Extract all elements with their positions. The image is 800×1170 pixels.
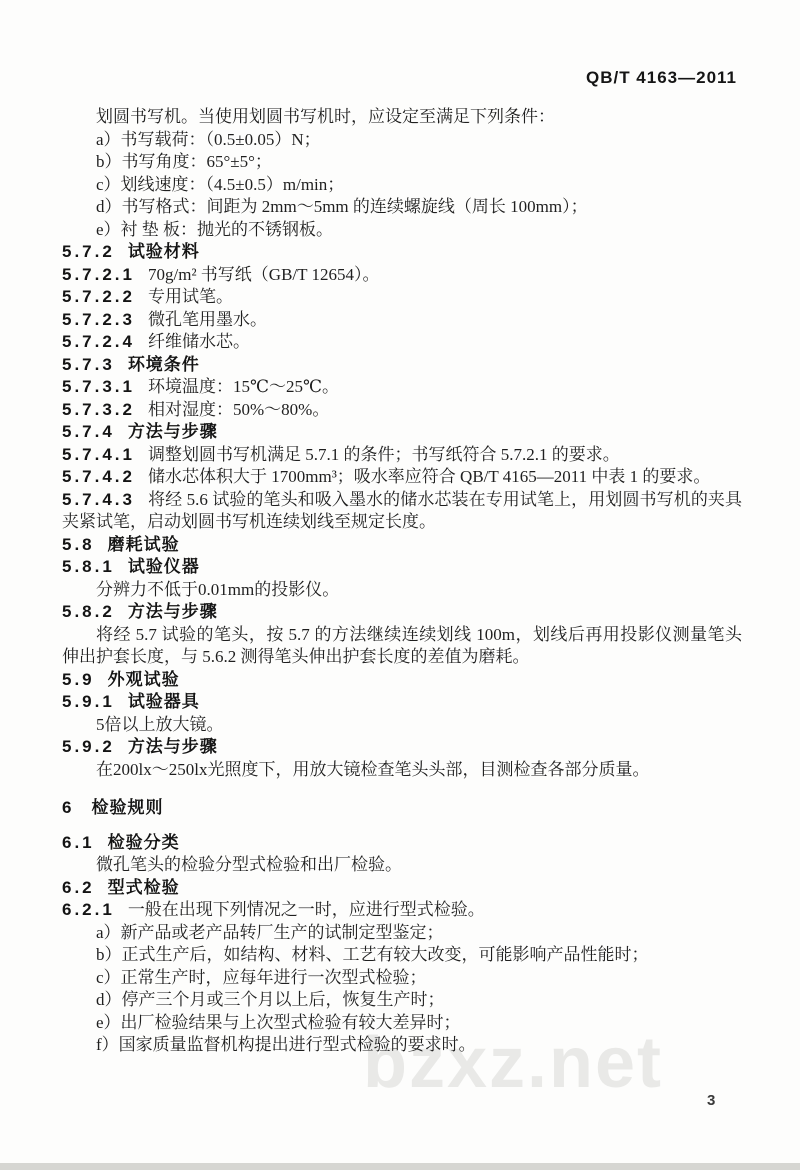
text-line: a）新产品或老产品转厂生产的试制定型鉴定； [62,922,742,945]
clause-title: 检验规则 [91,798,163,817]
line-text: f）国家质量监督机构提出进行型式检验的要求时。 [96,1035,476,1054]
clause-number: 6.1 [62,833,95,852]
clause-number: 5.7.3.2 [62,400,135,419]
document-page: QB/T 4163—2011 bzxz.net 划圆书写机。当使用划圆书写机时，… [0,0,800,1170]
line-text: b）正式生产后，如结构、材料、工艺有较大改变，可能影响产品性能时； [96,945,649,964]
clause-title: 方法与步骤 [128,602,218,621]
text-line: 微孔笔头的检验分型式检验和出厂检验。 [62,854,742,877]
clause-title: 型式检验 [108,878,180,897]
line-text: c）划线速度：（4.5±0.5）m/min； [96,175,344,194]
clause-heading: 5.8.1试验仪器 [62,556,742,579]
line-text: a）书写载荷：（0.5±0.05）N； [96,130,321,149]
scan-edge [0,1163,800,1170]
line-text: 分辨力不低于0.01mm的投影仪。 [96,580,339,599]
line-text: 一般在出现下列情况之一时，应进行型式检验。 [128,900,485,919]
text-line: 5.7.4.1调整划圆书写机满足 5.7.1 的条件；书写纸符合 5.7.2.1… [62,444,742,467]
clause-heading: 5.7.2试验材料 [62,241,742,264]
text-line: f）国家质量监督机构提出进行型式检验的要求时。 [62,1034,742,1057]
text-line: 在200lx～250lx光照度下，用放大镜检查笔头头部，目测检查各部分质量。 [62,759,742,782]
page-number: 3 [707,1092,715,1109]
text-line: 5.7.2.2专用试笔。 [62,286,742,309]
line-text: 纤维储水芯。 [148,332,250,351]
clause-number: 5.7.3 [62,355,115,374]
clause-heading: 5.8磨耗试验 [62,534,742,557]
clause-number: 5.7.4.1 [62,445,135,464]
clause-heading: 5.7.3环境条件 [62,354,742,377]
line-text: d）书写格式：间距为 2mm～5mm 的连续螺旋线（周长 100mm）； [96,197,588,216]
clause-number: 6.2 [62,878,95,897]
clause-number: 5.7.4.3 [62,490,135,509]
line-text: 专用试笔。 [148,287,233,306]
clause-heading: 5.7.4方法与步骤 [62,421,742,444]
line-text: 微孔笔头的检验分型式检验和出厂检验。 [96,855,402,874]
text-line: 5.7.3.1环境温度：15℃～25℃。 [62,376,742,399]
text-line: 将经 5.7 试验的笔头，按 5.7 的方法继续连续划线 100m，划线后再用投… [62,624,742,669]
clause-number: 6.2.1 [62,900,115,919]
clause-number: 5.7.3.1 [62,377,135,396]
text-line: a）书写载荷：（0.5±0.05）N； [62,129,742,152]
clause-heading: 5.9.2方法与步骤 [62,736,742,759]
clause-title: 试验仪器 [128,557,200,576]
clause-title: 方法与步骤 [128,422,218,441]
text-line: e）出厂检验结果与上次型式检验有较大差异时； [62,1012,742,1035]
line-text: 调整划圆书写机满足 5.7.1 的条件；书写纸符合 5.7.2.1 的要求。 [148,445,620,464]
document-body: 划圆书写机。当使用划圆书写机时，应设定至满足下列条件：a）书写载荷：（0.5±0… [62,106,742,1057]
text-line: b）正式生产后，如结构、材料、工艺有较大改变，可能影响产品性能时； [62,944,742,967]
line-text: d）停产三个月或三个月以上后，恢复生产时； [96,990,445,1009]
clause-title: 环境条件 [128,355,200,374]
text-line: 分辨力不低于0.01mm的投影仪。 [62,579,742,602]
clause-number: 5.9.1 [62,692,115,711]
line-text: a）新产品或老产品转厂生产的试制定型鉴定； [96,923,444,942]
text-line: 5.7.4.3将经 5.6 试验的笔头和吸入墨水的储水芯装在专用试笔上，用划圆书… [62,489,742,534]
text-line: c）正常生产时，应每年进行一次型式检验； [62,967,742,990]
clause-title: 检验分类 [108,833,180,852]
clause-number: 5.8.2 [62,602,115,621]
text-line: e）衬 垫 板：抛光的不锈钢板。 [62,219,742,242]
clause-number: 5.7.2.4 [62,332,135,351]
line-text: 储水芯体积大于 1700mm³；吸水率应符合 QB/T 4165—2011 中表… [148,467,710,486]
line-text: 70g/m² 书写纸（GB/T 12654）。 [148,265,379,284]
clause-number: 5.7.2.3 [62,310,135,329]
line-text: e）衬 垫 板：抛光的不锈钢板。 [96,220,333,239]
line-text: 在200lx～250lx光照度下，用放大镜检查笔头头部，目测检查各部分质量。 [96,760,649,779]
clause-number: 5.8 [62,535,95,554]
text-line: 5.7.2.3微孔笔用墨水。 [62,309,742,332]
clause-number: 5.7.2 [62,242,115,261]
text-line: b）书写角度：65°±5°； [62,151,742,174]
clause-number: 5.9.2 [62,737,115,756]
clause-number: 5.7.4 [62,422,115,441]
text-line: 5.7.2.4纤维储水芯。 [62,331,742,354]
clause-heading: 6.2型式检验 [62,877,742,900]
clause-title: 试验器具 [128,692,200,711]
clause-title: 方法与步骤 [128,737,218,756]
standard-number: QB/T 4163—2011 [586,68,737,88]
clause-heading: 5.8.2方法与步骤 [62,601,742,624]
section-heading: 6检验规则 [62,797,742,820]
line-text: 相对湿度：50%～80%。 [148,400,329,419]
clause-number: 6 [62,798,74,817]
text-line: 5.7.2.170g/m² 书写纸（GB/T 12654）。 [62,264,742,287]
clause-title: 外观试验 [108,670,180,689]
text-line: 5.7.3.2相对湿度：50%～80%。 [62,399,742,422]
text-line: 5倍以上放大镜。 [62,714,742,737]
line-text: 将经 5.7 试验的笔头，按 5.7 的方法继续连续划线 100m，划线后再用投… [62,625,742,667]
clause-number: 5.7.4.2 [62,467,135,486]
clause-number: 5.7.2.1 [62,265,135,284]
clause-number: 5.7.2.2 [62,287,135,306]
text-line: d）停产三个月或三个月以上后，恢复生产时； [62,989,742,1012]
clause-number: 5.8.1 [62,557,115,576]
clause-title: 试验材料 [128,242,200,261]
line-text: 将经 5.6 试验的笔头和吸入墨水的储水芯装在专用试笔上，用划圆书写机的夹具夹紧… [62,490,742,532]
line-text: 环境温度：15℃～25℃。 [148,377,339,396]
text-line: c）划线速度：（4.5±0.5）m/min； [62,174,742,197]
text-line: 6.2.1一般在出现下列情况之一时，应进行型式检验。 [62,899,742,922]
line-text: c）正常生产时，应每年进行一次型式检验； [96,968,427,987]
text-line: 5.7.4.2储水芯体积大于 1700mm³；吸水率应符合 QB/T 4165—… [62,466,742,489]
line-text: 微孔笔用墨水。 [148,310,267,329]
line-text: 划圆书写机。当使用划圆书写机时，应设定至满足下列条件： [96,107,555,126]
line-text: 5倍以上放大镜。 [96,715,224,734]
clause-heading: 6.1检验分类 [62,832,742,855]
clause-heading: 5.9.1试验器具 [62,691,742,714]
clause-number: 5.9 [62,670,95,689]
clause-title: 磨耗试验 [108,535,180,554]
text-line: d）书写格式：间距为 2mm～5mm 的连续螺旋线（周长 100mm）； [62,196,742,219]
text-line: 划圆书写机。当使用划圆书写机时，应设定至满足下列条件： [62,106,742,129]
clause-heading: 5.9外观试验 [62,669,742,692]
line-text: e）出厂检验结果与上次型式检验有较大差异时； [96,1013,461,1032]
line-text: b）书写角度：65°±5°； [96,152,272,171]
